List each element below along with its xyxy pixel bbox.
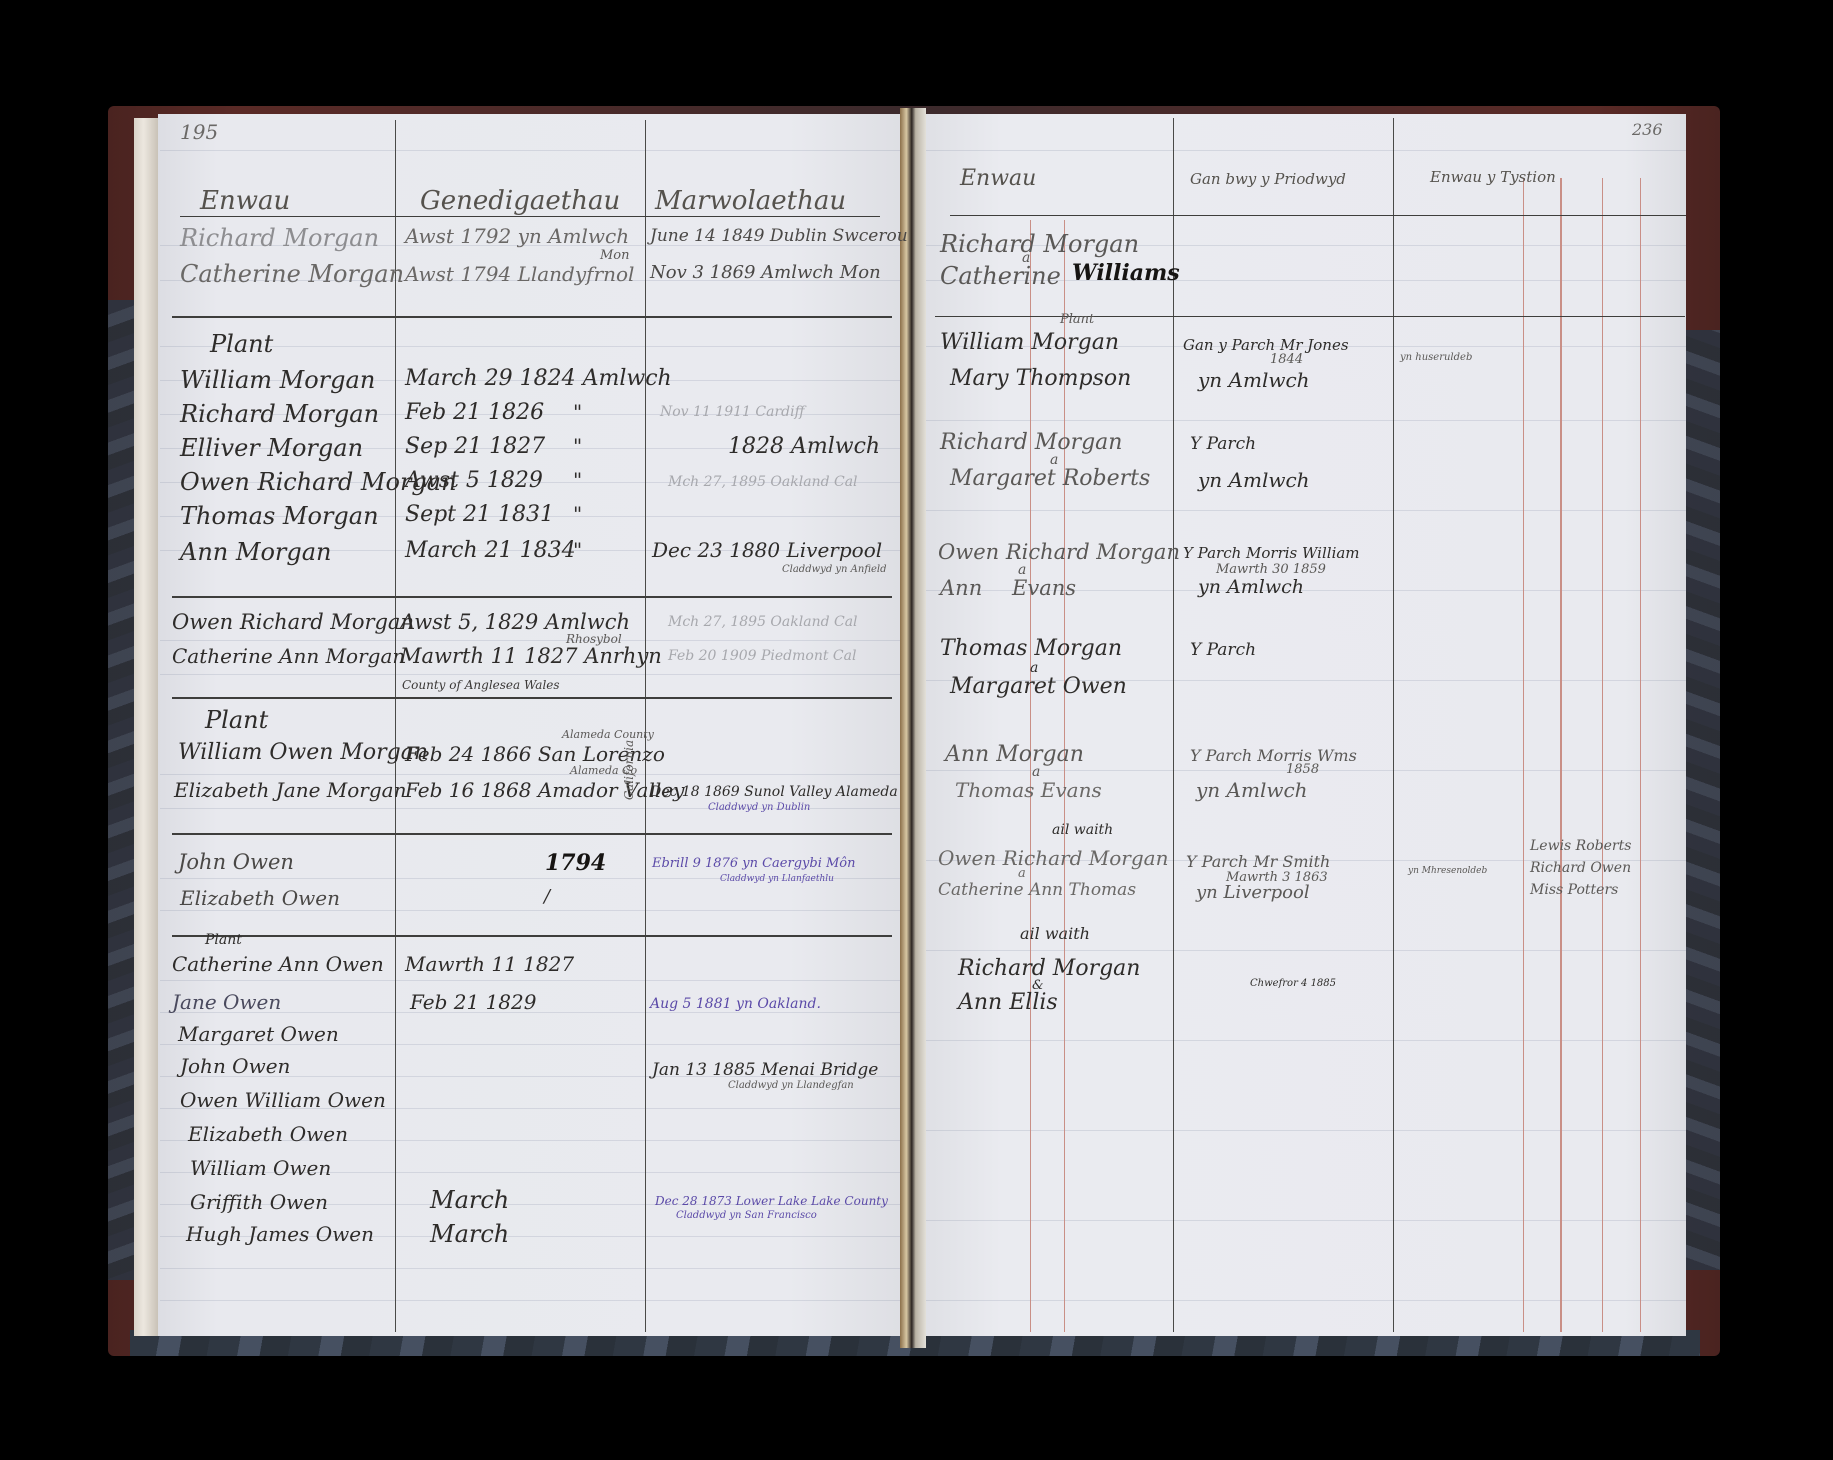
spouse-name: Evans [1012,576,1076,600]
entry-birth: Feb 21 1829 [410,990,536,1014]
entry-birth: Sep 21 1827 [405,434,545,459]
spouse-name: Catherine [940,262,1061,290]
left-section-line-2 [172,596,892,598]
entry-name: Thomas Morgan [180,502,379,530]
left-section-line-4 [172,833,892,835]
spouse-name: Catherine Ann Thomas [938,880,1136,900]
second-marriage-label: ail waith [1052,822,1113,838]
ditto-mark: " [573,468,582,492]
marriage-date: Chwefror 4 1885 [1250,978,1336,989]
entry-death-note: Claddwyd yn Anfield [782,564,887,575]
entry-birth: Feb 21 1826 [405,400,544,425]
officiant: Y Parch Mr Smith [1186,852,1330,871]
entry-death: Dec 28 1873 Lower Lake Lake County [655,1194,888,1208]
spouse-name: Ann Morgan [945,742,1084,767]
spouse-name: Williams [1072,260,1180,286]
left-section-line-3 [172,697,892,699]
children-label: Plant [205,706,268,734]
entry-name: Richard Morgan [180,400,379,428]
spouse-name: Owen Richard Morgan [938,846,1168,870]
children-label: Plant [205,932,242,948]
entry-name: Owen William Owen [180,1088,386,1112]
spouse-name: Richard Morgan [940,230,1139,258]
entry-name: Elizabeth Jane Morgan [174,778,406,802]
entry-birth: Awst 1794 Llandyfrnol [405,262,634,286]
right-col-divider-1 [1173,118,1174,1332]
entry-name: Elizabeth Owen [180,886,340,910]
right-header-line [950,215,1686,216]
witness-name: Richard Owen [1530,860,1631,876]
column-header-witnesses: Enwau y Tystion [1430,168,1556,186]
entry-name: Hugh James Owen [186,1222,374,1246]
entry-name: John Owen [180,1054,290,1078]
witness-note: yn huseruldeb [1400,352,1472,363]
spouse-name: Thomas Morgan [940,636,1122,661]
marriage-year: 1858 [1286,762,1319,777]
entry-death: Nov 11 1911 Cardiff [660,404,805,420]
spouse-name: William Morgan [940,330,1119,355]
left-col-divider-2 [645,120,646,1332]
entry-name: William Owen [190,1156,331,1180]
red-ruling [1523,178,1524,1332]
entry-name: Jane Owen [172,990,281,1014]
spouse-name: Richard Morgan [940,430,1122,455]
marriage-place: yn Amlwch [1198,468,1310,492]
entry-birth-note: Alameda County [562,728,654,741]
entry-death: Dec 18 1869 Sunol Valley Alameda [650,784,898,800]
entry-death: Ebrill 9 1876 yn Caergybi Môn [652,856,856,871]
column-header-names: Enwau [200,186,290,216]
officiant: Y Parch [1190,434,1256,454]
entry-death-note: Claddwyd yn San Francisco [676,1210,817,1221]
spouse-name: Ann Ellis [958,990,1058,1015]
spouse-name: Mary Thompson [950,366,1131,391]
entry-birth-note: Mon [600,248,630,263]
right-col-divider-2 [1393,118,1394,1332]
page-number-right: 236 [1632,120,1663,139]
second-marriage-label: ail waith [1020,924,1090,943]
marriage-date: Mawrth 30 1859 [1216,562,1326,577]
left-col-divider-1 [395,120,396,1332]
witness-note: yn Mhresenoldeb [1408,866,1487,876]
entry-death: Mch 27, 1895 Oakland Cal [668,474,858,490]
entry-death: June 14 1849 Dublin Swcerou [650,226,908,246]
entry-name: Owen Richard Morgan [172,610,414,634]
children-label: Plant [210,330,273,358]
entry-birth: March [430,1186,509,1214]
witness-name: Miss Potters [1530,882,1618,898]
page-edge-left [134,118,160,1336]
ditto-mark: " [573,434,582,458]
spouse-name: Owen Richard Morgan [938,540,1180,564]
spouse-name: Margaret Owen [950,674,1127,699]
red-ruling [1560,178,1562,1332]
entry-name: Margaret Owen [178,1022,339,1046]
officiant: Y Parch [1190,640,1256,660]
entry-birth: Sept 21 1831 [405,502,554,527]
marriage-place: yn Amlwch [1196,778,1308,802]
entry-birth: 1794 [545,850,606,876]
right-section-line-1 [935,316,1685,317]
entry-death: 1828 Amlwch [728,434,880,459]
entry-name: Catherine Morgan [180,260,404,288]
entry-name: Griffith Owen [190,1190,328,1214]
entry-birth: Awst 1792 yn Amlwch [405,224,629,248]
entry-birth: Mawrth 11 1827 Anrhyn [400,644,662,668]
entry-name: William Morgan [180,366,375,394]
column-header-births: Genedigaethau [420,186,620,216]
ditto-mark: " [573,502,582,526]
right-page [926,114,1686,1336]
marriage-place: yn Amlwch [1198,368,1310,392]
entry-birth: Awst 5 1829 [405,468,543,493]
page-number-left: 195 [180,120,218,144]
state-note: California [622,740,636,800]
column-header-deaths: Marwolaethau [655,186,846,216]
marriage-year: 1844 [1270,352,1303,367]
entry-birth-note: Rhosybol [566,632,622,646]
column-header-names: Enwau [960,166,1036,191]
book-spine [900,108,926,1348]
entry-name: Ann Morgan [180,538,332,566]
entry-death: Mch 27, 1895 Oakland Cal [668,614,858,630]
left-page [158,114,900,1336]
red-ruling [1640,178,1641,1332]
entry-name: Catherine Ann Morgan [172,644,405,668]
entry-birth: March [430,1220,509,1248]
witness-name: Lewis Roberts [1530,838,1631,854]
red-ruling [1602,178,1603,1332]
entry-birth: Mawrth 11 1827 [405,952,574,976]
column-header-officiant: Gan bwy y Priodwyd [1190,170,1346,188]
entry-name: John Owen [178,850,294,874]
entry-death-note: Claddwyd yn Llanfaethlu [720,874,834,884]
officiant: Y Parch Morris Wms [1190,746,1357,765]
children-label: Plant [1060,312,1094,327]
entry-name: Elliver Morgan [180,434,363,462]
entry-death: Jan 13 1885 Menai Bridge [652,1060,878,1080]
entry-birth: March 21 1834 [405,538,576,563]
spouse-name: Richard Morgan [958,956,1140,981]
entry-birth: Feb 16 1868 Amador Valley [405,778,684,802]
entry-death: Feb 20 1909 Piedmont Cal [668,648,856,664]
spouse-name: Ann [940,576,982,600]
left-section-line-5 [172,935,892,937]
conjunction: a [1018,866,1026,881]
entry-death: Dec 23 1880 Liverpool [652,538,882,562]
entry-name: Elizabeth Owen [188,1122,348,1146]
entry-birth: Awst 5, 1829 Amlwch [400,610,630,634]
ditto-mark: " [573,400,582,424]
ditto-mark: " [573,538,582,562]
county-note: County of Anglesea Wales [402,678,560,692]
left-section-line-1 [172,316,892,318]
officiant: Gan y Parch Mr Jones [1183,336,1349,354]
entry-death: Nov 3 1869 Amlwch Mon [650,262,881,283]
entry-death-note: Claddwyd yn Llandegfan [728,1080,854,1091]
spouse-name: Thomas Evans [955,778,1102,802]
officiant: Y Parch Morris William [1183,544,1360,562]
entry-name: Richard Morgan [180,224,379,252]
marriage-place: yn Liverpool [1196,882,1310,903]
left-header-line [180,216,880,217]
cover-marble-right [1680,330,1720,1270]
marriage-place: yn Amlwch [1198,576,1304,598]
entry-birth: / [544,886,550,907]
entry-birth: March 29 1824 Amlwch [405,366,672,391]
entry-name: William Owen Morgan [178,740,428,765]
entry-name: Catherine Ann Owen [172,952,384,976]
entry-death: Aug 5 1881 yn Oakland. [650,996,821,1012]
spouse-name: Margaret Roberts [950,466,1150,491]
entry-death-note: Claddwyd yn Dublin [708,802,810,813]
